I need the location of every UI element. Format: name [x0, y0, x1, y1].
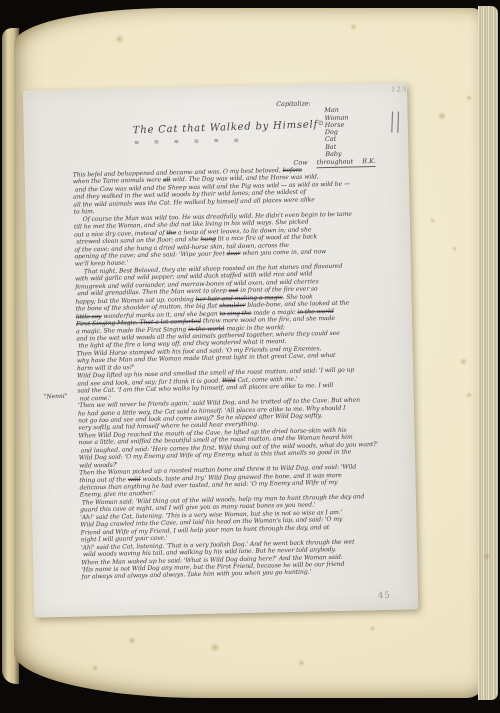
foxing-spot	[438, 112, 446, 120]
foxing-spot	[466, 95, 472, 101]
foxing-spot	[430, 218, 435, 223]
foxing-spot	[370, 626, 375, 631]
foxing-spot	[128, 637, 136, 644]
foxing-spot	[466, 392, 472, 398]
foxing-spot	[350, 24, 357, 30]
manuscript-sheet: 123 The Cat that Walked by Himself⊙ ≡ ≡ …	[23, 82, 418, 617]
foxing-spot	[298, 660, 305, 666]
margin-note: "Nenni"	[43, 393, 67, 401]
foxing-spot	[460, 358, 467, 365]
capitalize-note: Capitalize: ManWomanHorseDogCatBatBaby C…	[276, 99, 376, 168]
book-fore-edge	[478, 6, 498, 700]
foxing-spot	[92, 665, 98, 671]
foxing-spot	[484, 553, 490, 560]
foxing-spot	[452, 246, 457, 251]
folio-number: 123	[391, 85, 408, 93]
foxing-spot	[115, 35, 124, 43]
capitalization-marks: ≡ ≡ ≡ ≡ ≡ ≡	[134, 136, 280, 146]
collation-mark	[391, 111, 399, 132]
foxing-spot	[210, 643, 220, 652]
capitalize-items: ManWomanHorseDogCatBatBaby	[276, 106, 375, 159]
leaf-number: 45	[378, 591, 391, 602]
photo-backdrop: 123 The Cat that Walked by Himself⊙ ≡ ≡ …	[0, 0, 500, 713]
manuscript-body: This befel and behappened and became and…	[73, 164, 414, 581]
